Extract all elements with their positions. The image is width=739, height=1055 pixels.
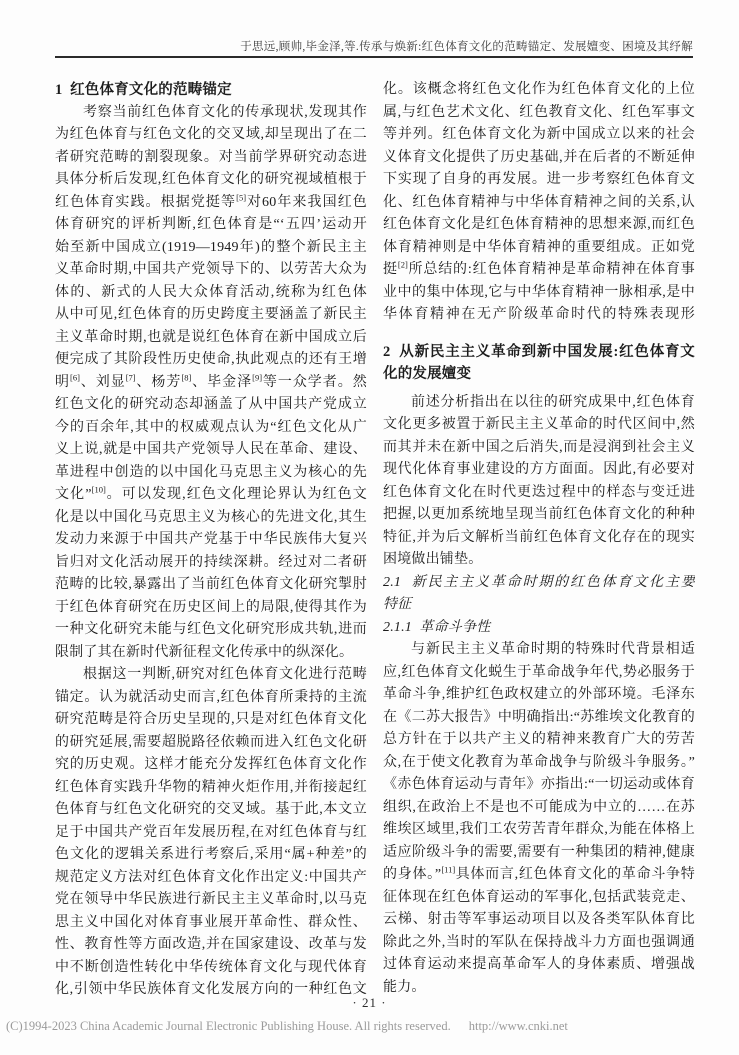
text-line: 革命斗争,维护红色政权建立的外部环境。毛泽东 [383,684,695,707]
text-line: 性、教育性等方面改造,并在国家建设、改革与发展 [55,934,367,957]
text-line: 于红色体育研究在历史区间上的局限,使得其作为 [55,597,367,620]
citation-ref: [10] [92,484,106,494]
text-line: 明[6]、刘显[7]、杨芳[8]、毕金泽[9]等一众学者。然而, [55,372,367,395]
text-line: 红色体育实践升华物的精神火炬作用,并衔接起红 [55,777,367,800]
text-line: 范畴的比较,暴露出了当前红色体育文化研究掣肘 [55,574,367,597]
text-line: 义革命时期,中国共产党领导下的、以劳苦大众为主 [55,259,367,282]
text-line: 特征,并为后文解析当前红色体育文化存在的现实 [383,527,695,550]
text-line: 义上说,就是中国共产党领导人民在革命、建设、改 [55,439,367,462]
text-line: 现代化体育事业建设的方方面面。因此,有必要对 [383,459,695,482]
text-line: 足于中国共产党百年发展历程,在对红色体育与红 [55,822,367,845]
citation-ref: [2] [398,259,408,269]
text-line: 色体育与红色文化研究的交叉域。基于此,本文立 [55,799,367,822]
text-line: 体育精神则是中华体育精神的重要组成。正如党 [383,237,695,260]
text-line: 前述分析指出在以往的研究成果中,红色体育 [383,392,695,415]
publisher-url: http://www.cnki.net [469,1019,568,1033]
text-line: 下实现了自身的再发展。进一步考察红色体育文 [383,169,695,192]
text-line: 的身体。”[11]具体而言,红色体育文化的革命斗争特 [383,864,695,887]
text-line: 中不断创造性转化中华传统体育文化与现代体育文 [55,957,367,980]
text-line: 究的历史观。这样才能充分发挥红色体育文化作为 [55,754,367,777]
text-line: 适应阶级斗争的需要,需要有一种集团的精神,健康 [383,842,695,865]
text-line: 主义革命时期,也就是说红色体育在新中国成立后 [55,327,367,350]
citation-ref: [11] [441,864,455,874]
header-divider [55,56,693,58]
text-line: 征体现在红色体育运动的军事化,包括武装竞走、爬 [383,887,695,910]
page-number: · 21 · [0,995,739,1013]
text-line: 规范定义方法对红色体育文化作出定义:中国共产 [55,867,367,890]
text-line: 红色体育文化是红色体育精神的思想来源,而红色 [383,214,695,237]
text-line: 限制了其在新时代新征程文化传承中的纵深化。 [55,642,367,665]
text-line: 发动力来源于中国共产党基于中华民族伟大复兴的 [55,529,367,552]
citation-ref: [8] [181,372,191,382]
text-line: 红色体育文化在时代更迭过程中的样态与变迁进行 [383,482,695,505]
copyright-text: (C)1994-2023 China Academic Journal Elec… [6,1019,451,1033]
running-head-citation: 于思远,顾帅,毕金泽,等.传承与焕新:红色体育文化的范畴锚定、发展嬗变、困境及其… [55,38,693,54]
section-heading-line: 1 红色体育文化的范畴锚定 [55,79,367,102]
text-line: 锚定。认为就活动史而言,红色体育所秉持的主流 [55,687,367,710]
text-line: 困境做出铺垫。 [383,549,695,572]
text-line: 总方针在于以共产主义的精神来教育广大的劳苦民 [383,729,695,752]
text-line: 根据这一判断,研究对红色体育文化进行范畴 [55,664,367,687]
citation-ref: [7] [126,372,136,382]
text-line: 文化更多被置于新民主主义革命的时代区间中,然 [383,414,695,437]
text-line: 便完成了其阶段性历史使命,执此观点的还有王增 [55,349,367,372]
text-line: 今的百余年,其中的权威观点认为“红色文化从广 [55,417,367,440]
text-line: 的研究延展,需要超脱路径依赖而进入红色文化研 [55,732,367,755]
column-left: 1 红色体育文化的范畴锚定考察当前红色体育文化的传承现状,发现其作为红色体育与红… [55,79,367,1002]
text-line: 应,红色体育文化蜕生于革命战争年代,势必服务于 [383,662,695,685]
text-line: 组织,在政治上不是也不可能成为中立的……在苏 [383,797,695,820]
text-line: 把握,以更加系统地呈现当前红色体育文化的种种 [383,504,695,527]
citation-ref: [6] [70,372,80,382]
subsection-heading-line: 2.1 新民主主义革命时期的红色体育文化主要 [383,572,695,595]
text-line: 众,在于使文化教育为革命战争与阶级斗争服务。” [383,752,695,775]
text-line: 为红色体育与红色文化的交叉域,却呈现出了在二 [55,124,367,147]
text-line: 而其并未在新中国之后消失,而是浸润到社会主义 [383,437,695,460]
text-line: 体育研究的评析判断,红色体育是“‘五四’运动开 [55,214,367,237]
text-line: 体的、新式的人民大众体育活动,统称为红色体育”。 [55,282,367,305]
text-line: 化是以中国化马克思主义为核心的先进文化,其生 [55,507,367,530]
text-line: 属,与红色艺术文化、红色教育文化、红色军事文化 [383,102,695,125]
subsection-heading-line: 特征 [383,594,695,617]
text-line: 《赤色体育运动与青年》亦指出:“一切运动或体育 [383,774,695,797]
section-heading-line: 2 从新民主主义革命到新中国发展:红色体育文 [383,341,695,364]
text-line: 从中可见,红色体育的历史跨度主要涵盖了新民主 [55,304,367,327]
citation-ref: [5] [236,192,246,202]
text-line: 具体分析后发现,红色体育文化的研究视域植根于 [55,169,367,192]
text-line: 云梯、射击等军事运动项目以及各类军队体育比赛。 [383,909,695,932]
text-line: 化。该概念将红色文化作为红色体育文化的上位 [383,79,695,102]
text-line: 等并列。红色体育文化为新中国成立以来的社会主 [383,124,695,147]
text-line: 革进程中创造的以中国化马克思主义为核心的先进 [55,462,367,485]
text-line: 党在领导中华民族进行新民主主义革命时,以马克 [55,889,367,912]
text-line: 业中的集中体现,它与中华体育精神一脉相承,是中 [383,282,695,305]
text-line: 始至新中国成立(1919—1949年)的整个新民主主 [55,237,367,260]
text-line: 过体育运动来提高革命军人的身体素质、增强战斗 [383,954,695,977]
text-line: 化、红色体育精神与中华体育精神之间的关系,认为 [383,192,695,215]
text-line: 除此之外,当时的军队在保持战斗力方面也强调通 [383,932,695,955]
spacer [383,327,695,341]
text-line: 红色体育实践。根据党挺等[5]对60年来我国红色 [55,192,367,215]
text-line: 一种文化研究未能与红色文化研究形成共轨,进而 [55,619,367,642]
text-line: 色文化的逻辑关系进行考察后,采用“属+种差”的 [55,844,367,867]
subsection-heading-line: 2.1.1 革命斗争性 [383,617,695,640]
text-line: 旨归对文化活动展开的持续深耕。经过对二者研究 [55,552,367,575]
text-line: 考察当前红色体育文化的传承现状,发现其作 [55,102,367,125]
text-line: 义体育文化提供了历史基础,并在后者的不断延伸 [383,147,695,170]
section-heading-line: 化的发展嬗变 [383,363,695,386]
column-right: 化。该概念将红色文化作为红色体育文化的上位属,与红色艺术文化、红色教育文化、红色… [383,79,695,999]
text-line: 挺[2]所总结的:红色体育精神是革命精神在体育事 [383,259,695,282]
text-line: 研究范畴是符合历史呈现的,只是对红色体育文化 [55,709,367,732]
text-line: 维埃区域里,我们工农劳苦青年群众,为能在体格上 [383,819,695,842]
journal-page: 于思远,顾帅,毕金泽,等.传承与焕新:红色体育文化的范畴锚定、发展嬗变、困境及其… [0,0,739,1055]
text-line: 红色文化的研究动态却涵盖了从中国共产党成立至 [55,394,367,417]
citation-ref: [9] [252,372,262,382]
text-line: 华体育精神在无产阶级革命时代的特殊表现形式。 [383,304,695,327]
text-line: 在《二苏大报告》中明确指出:“苏维埃文化教育的 [383,707,695,730]
text-line: 文化”[10]。可以发现,红色文化理论界认为红色文 [55,484,367,507]
copyright-bar: (C)1994-2023 China Academic Journal Elec… [6,1019,733,1039]
text-line: 思主义中国化对体育事业展开革命性、群众性、科学 [55,912,367,935]
text-line: 者研究范畴的割裂现象。对当前学界研究动态进行 [55,147,367,170]
text-line: 与新民主主义革命时期的特殊时代背景相适 [383,639,695,662]
